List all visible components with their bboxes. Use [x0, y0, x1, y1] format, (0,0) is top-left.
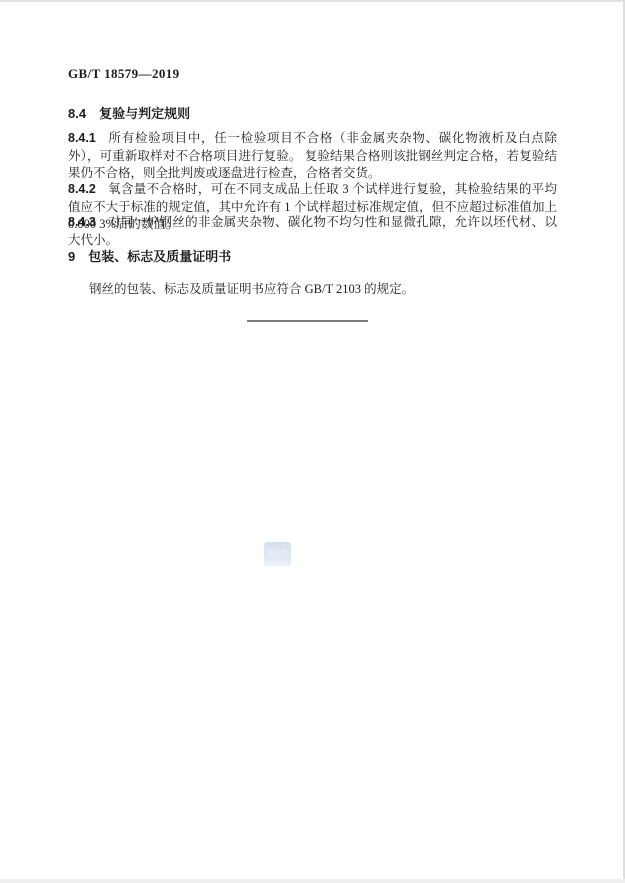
clause-number: 8.4.3 — [68, 215, 96, 229]
clause-text: 所有检验项目中，任一检验项目不合格（非金属夹杂物、碳化物液析及白点除外），可重新… — [68, 131, 557, 180]
document-number-header: GB/T 18579—2019 — [68, 66, 180, 82]
clause-number: 8.4.1 — [68, 131, 96, 145]
section-heading-8-4: 8.4复验与判定规则 — [68, 103, 190, 122]
section-number: 9 — [68, 249, 75, 264]
faint-watermark-stamp: SAC — [264, 542, 291, 566]
clause-8-4-1: 8.4.1所有检验项目中，任一检验项目不合格（非金属夹杂物、碳化物液析及白点除外… — [68, 130, 557, 183]
section-title: 复验与判定规则 — [99, 106, 190, 121]
page-edge-top — [0, 0, 625, 2]
section-9-paragraph: 钢丝的包装、标志及质量证明书应符合 GB/T 2103 的规定。 — [68, 281, 557, 299]
clause-number: 8.4.2 — [68, 182, 96, 196]
clause-text: 对同一炉钢丝的非金属夹杂物、碳化物不均匀性和显微孔隙，允许以坯代材、以大代小。 — [68, 215, 557, 247]
page-edge-bottom — [0, 879, 625, 883]
section-number: 8.4 — [68, 106, 86, 121]
scanned-document-page: { "document": { "header": "GB/T 18579—20… — [0, 0, 625, 883]
clause-8-4-3: 8.4.3对同一炉钢丝的非金属夹杂物、碳化物不均匀性和显微孔隙，允许以坯代材、以… — [68, 214, 557, 249]
section-title: 包装、标志及质量证明书 — [88, 249, 231, 264]
end-of-document-rule — [247, 320, 368, 322]
section-heading-9: 9包装、标志及质量证明书 — [68, 246, 231, 265]
